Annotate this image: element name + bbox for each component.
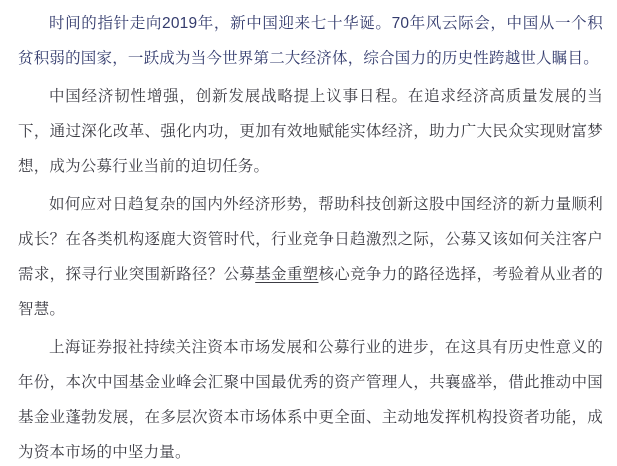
paragraph-summit: 上海证券报社持续关注资本市场发展和公募行业的进步，在这具有历史性意义的年份，本次… — [18, 330, 603, 466]
fund-reshape-link[interactable]: 基金重塑 — [255, 266, 318, 283]
article-body: 时间的指针走向2019年，新中国迎来七十华诞。70年风云际会，中国从一个积贫积弱… — [18, 6, 603, 466]
article-page: 时间的指针走向2019年，新中国迎来七十华诞。70年风云际会，中国从一个积贫积弱… — [0, 0, 617, 466]
paragraph-economy: 中国经济韧性增强，创新发展战略提上议事日程。在追求经济高质量发展的当下，通过深化… — [18, 79, 603, 184]
paragraph-intro: 时间的指针走向2019年，新中国迎来七十华诞。70年风云际会，中国从一个积贫积弱… — [18, 6, 603, 76]
paragraph-industry-question: 如何应对日趋复杂的国内外经济形势，帮助科技创新这股中国经济的新力量顺利成长？在各… — [18, 187, 603, 327]
